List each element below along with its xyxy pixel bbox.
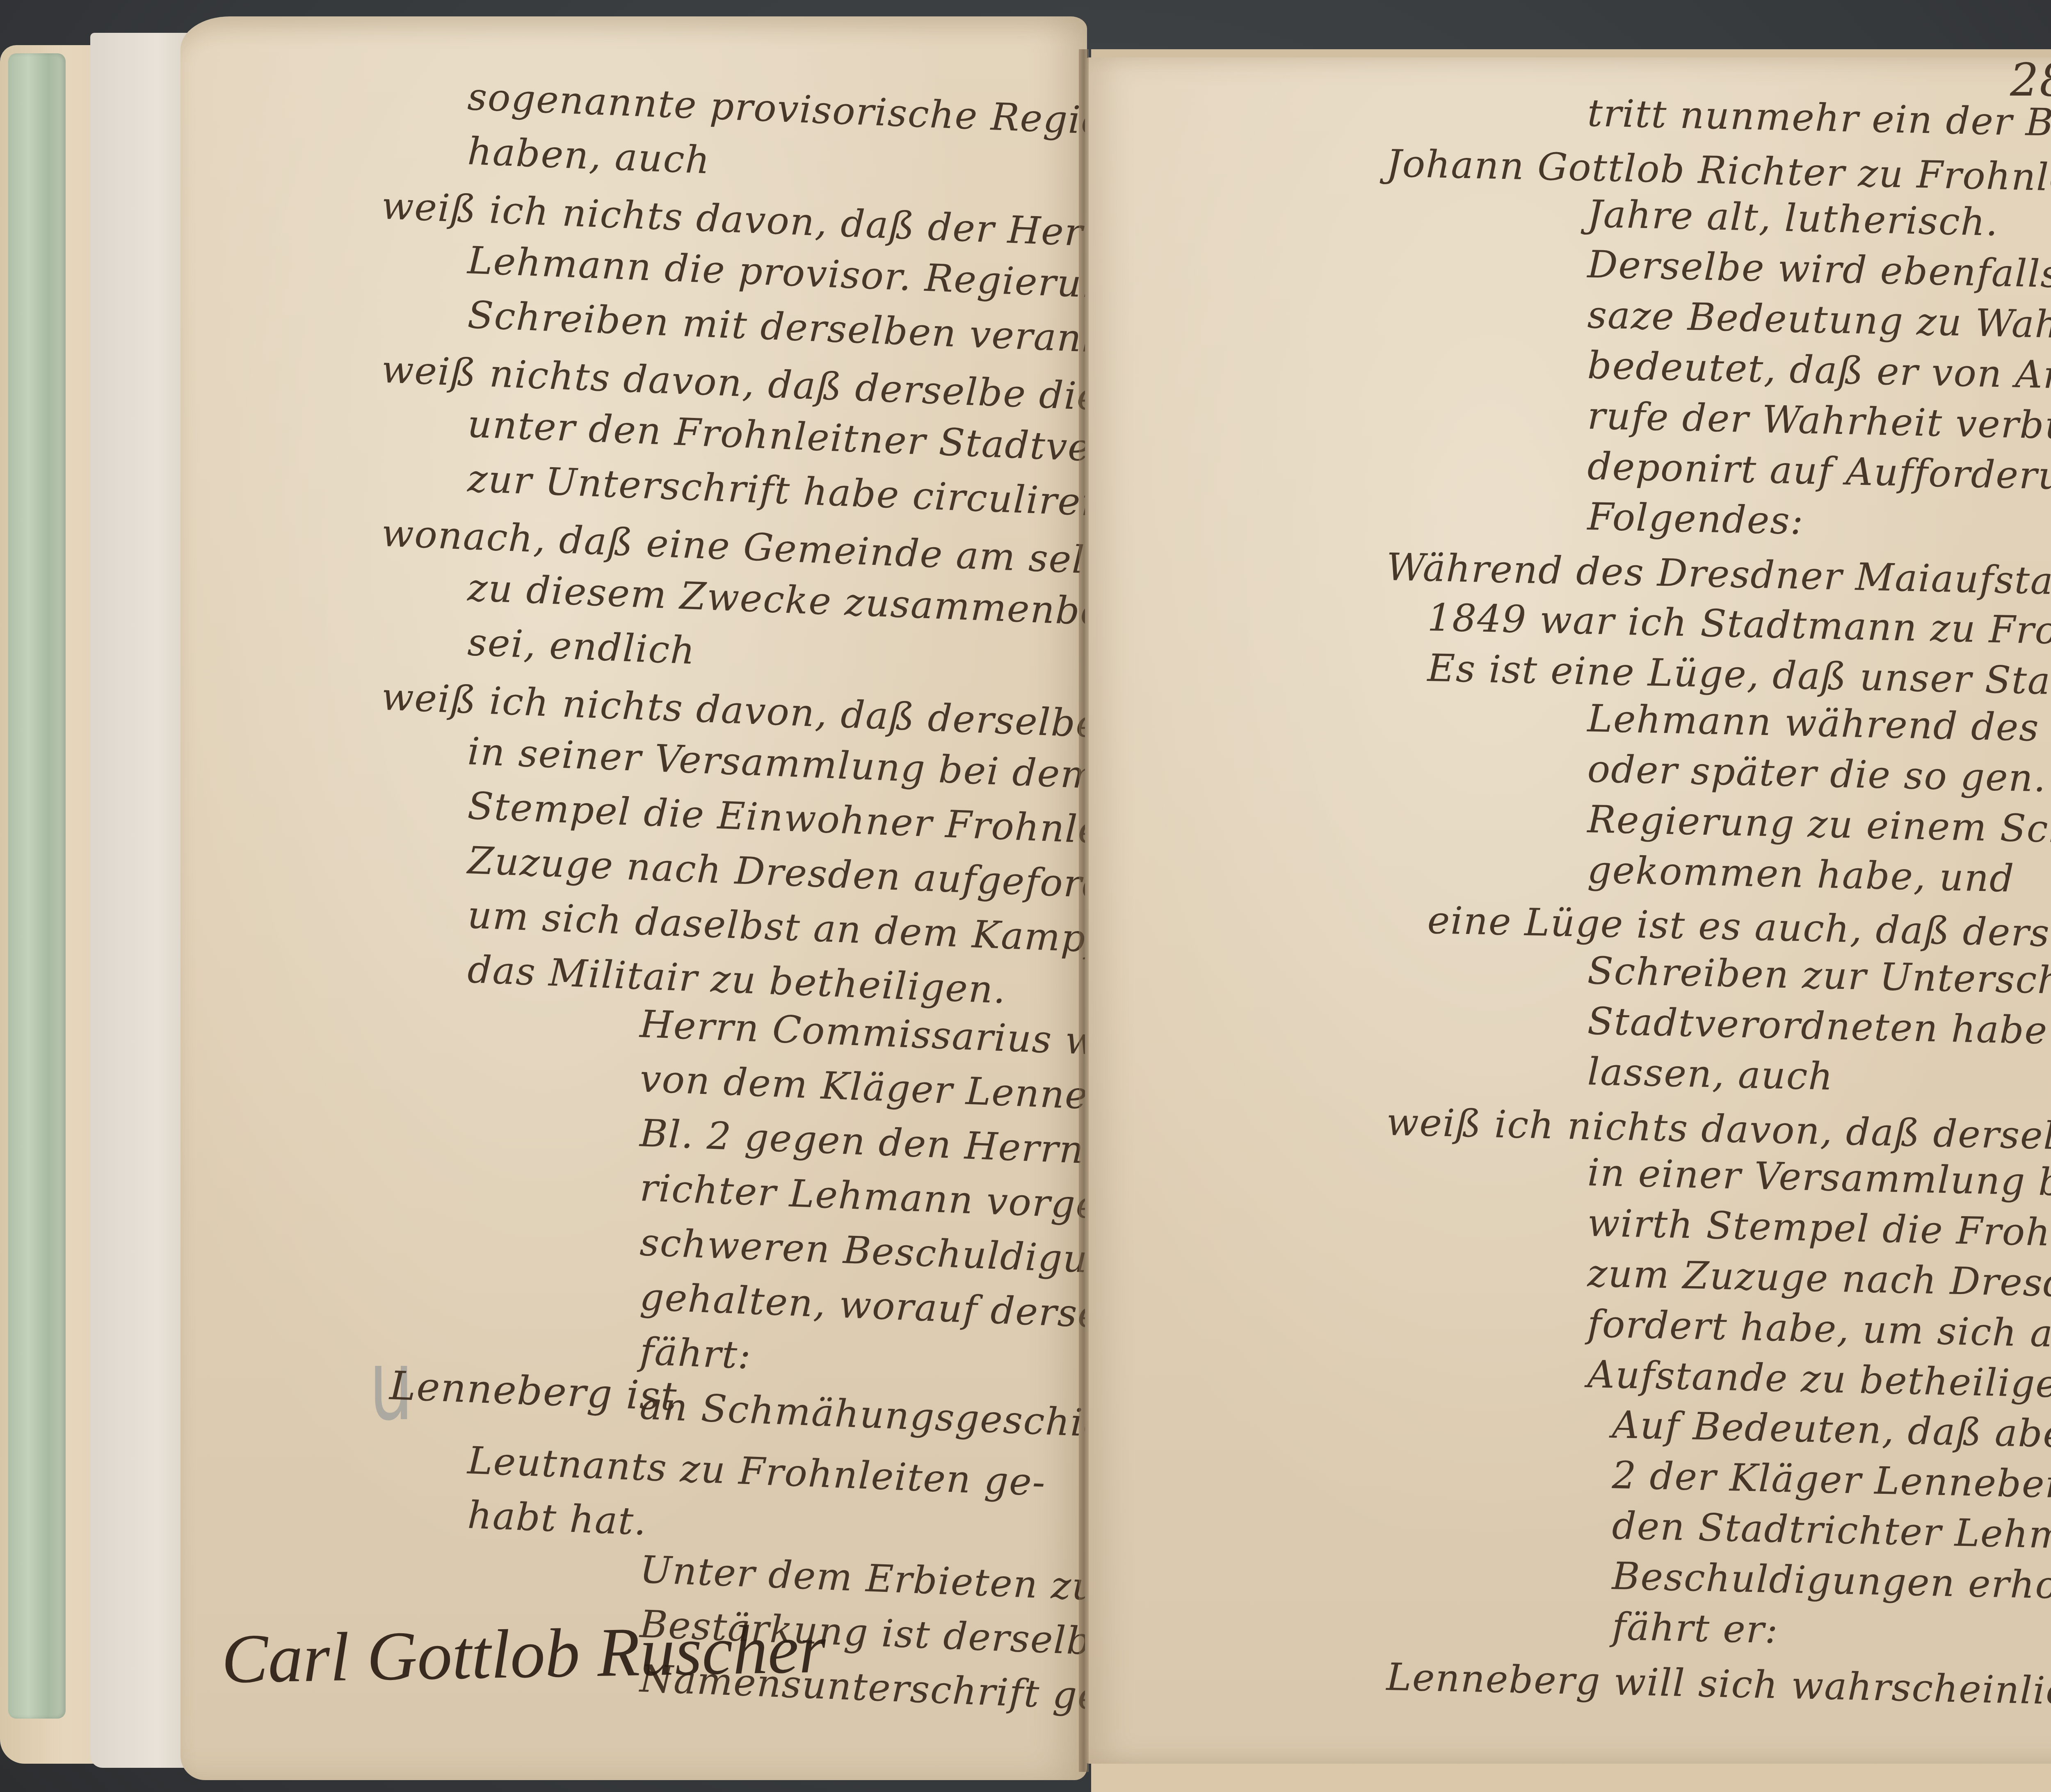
handwritten-line: fährt: (639, 1333, 752, 1374)
handwritten-line: gekommen habe, und (1587, 851, 2015, 898)
page-number: 28. (2010, 57, 2051, 103)
handwritten-line: haben, auch (467, 132, 711, 180)
book-gutter (1079, 49, 1089, 1772)
handwritten-line: sei, endlich (467, 623, 696, 670)
handwritten-line: Aufstande zu betheiligen. (1587, 1356, 2051, 1404)
signature: Carl Gottlob Ruscher (221, 1614, 827, 1694)
handwritten-line: habt hat. (467, 1496, 648, 1541)
handwritten-line: Jahre alt, lutherisch. (1587, 195, 1999, 242)
handwritten-line: lassen, auch (1587, 1053, 1834, 1096)
green-binding-strip (8, 53, 66, 1719)
margin-note: Lenneberg ist (389, 1366, 678, 1416)
handwritten-line: fährt er: (1612, 1608, 1779, 1649)
handwritten-line: Folgendes: (1587, 498, 1804, 540)
